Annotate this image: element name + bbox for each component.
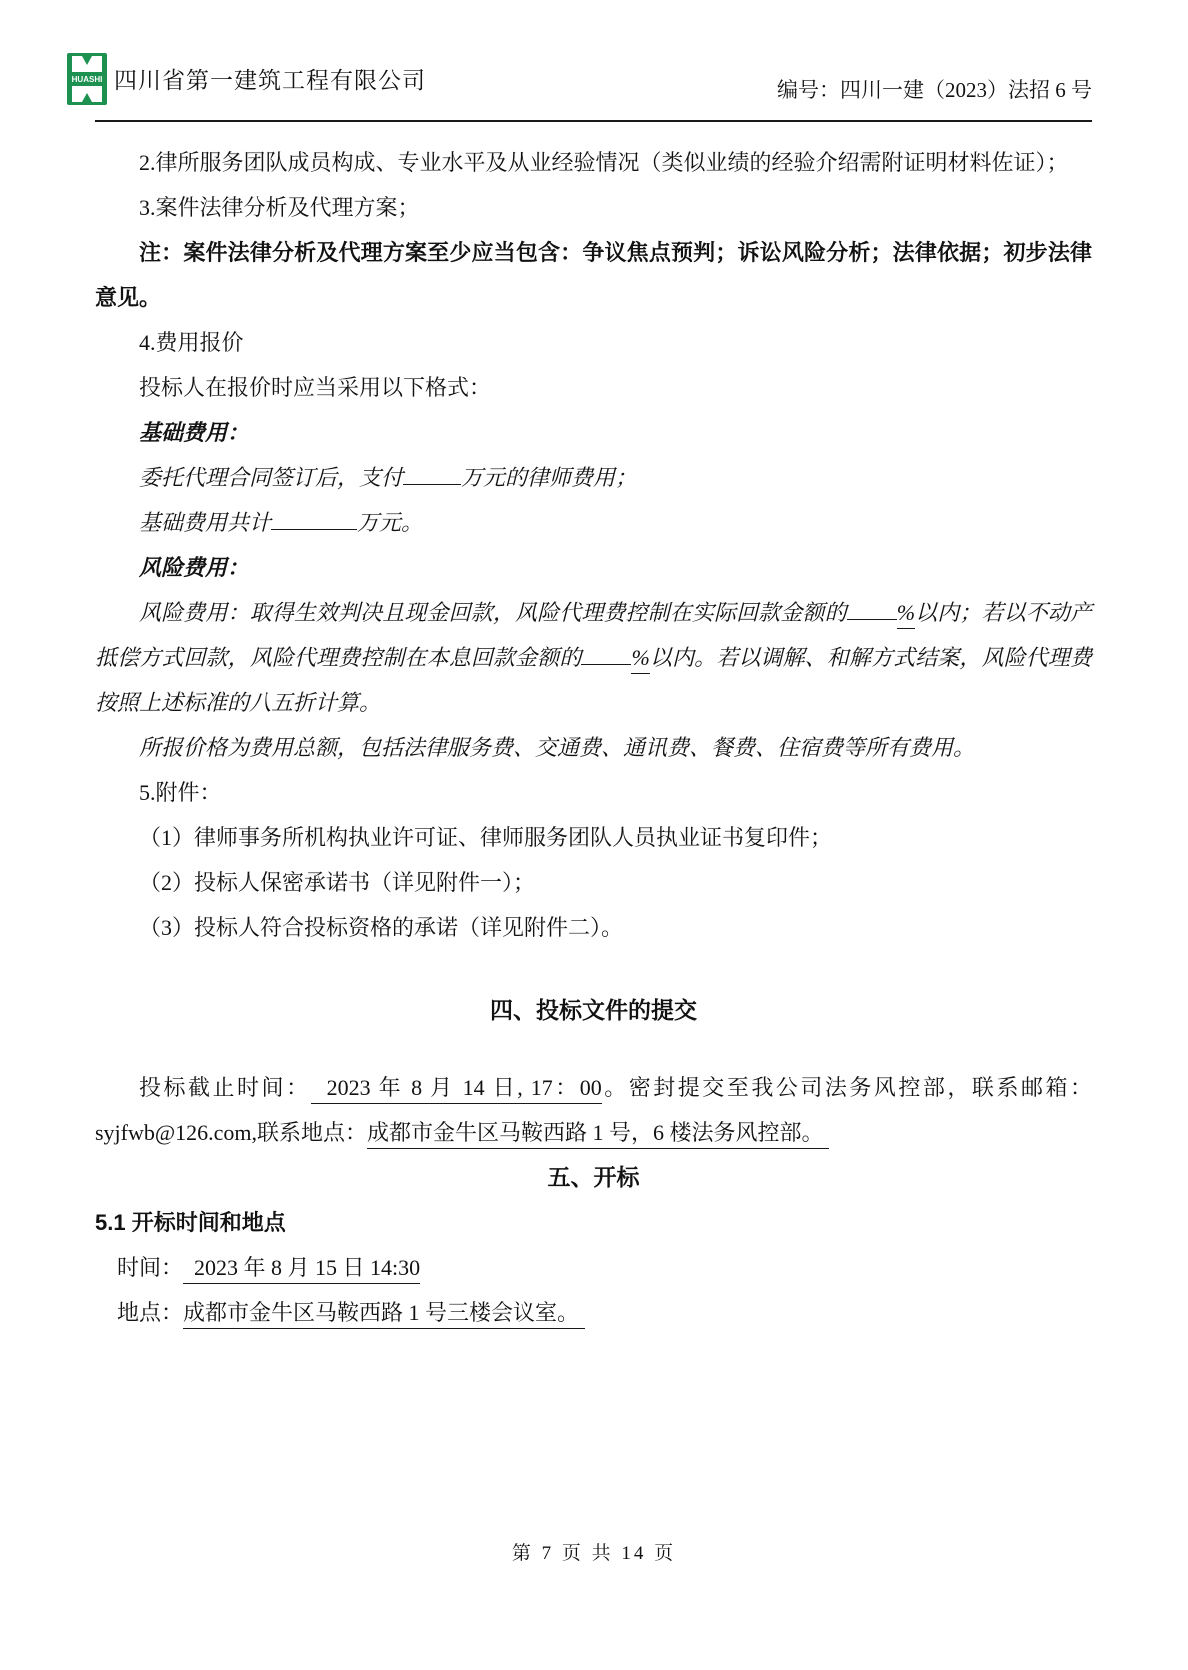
submission-deadline-value: 2023 年 8 月 14 日, 17：00	[311, 1075, 602, 1104]
attachment-2: （2）投标人保密承诺书（详见附件一）；	[95, 860, 1092, 905]
risk-fee-seg1: 风险费用：取得生效判决且现金回款，风险代理费控制在实际回款金额的	[139, 600, 847, 625]
section-5-title: 五、开标	[95, 1155, 1092, 1200]
base-fee-line2-pre: 基础费用共计	[139, 510, 271, 535]
paragraph-note: 注：案件法律分析及代理方案至少应当包含：争议焦点预判；诉讼风险分析；法律依据；初…	[95, 230, 1092, 320]
base-fee-line1: 委托代理合同签订后，支付万元的律师费用；	[95, 455, 1092, 500]
huashi-logo-icon: HUASHI	[66, 52, 108, 106]
submission-deadline-label: 投标截止时间：	[139, 1075, 311, 1100]
paragraph-item2: 2.律所服务团队成员构成、专业水平及从业经验情况（类似业绩的经验介绍需附证明材料…	[95, 140, 1092, 185]
logo-wordmark: HUASHI	[72, 75, 103, 84]
paragraph-item5: 5.附件：	[95, 770, 1092, 815]
document-body: 2.律所服务团队成员构成、专业水平及从业经验情况（类似业绩的经验介绍需附证明材料…	[0, 122, 1188, 1335]
base-fee-line2: 基础费用共计万元。	[95, 500, 1092, 545]
fill-in-blank	[403, 483, 461, 485]
open-bid-place-label: 地点：	[117, 1300, 183, 1325]
price-total-note: 所报价格为费用总额，包括法律服务费、交通费、通讯费、餐费、住宿费等所有费用。	[95, 725, 1092, 770]
page-header: HUASHI 四川省第一建筑工程有限公司 编号：四川一建（2023）法招 6 号	[0, 0, 1188, 122]
company-name: 四川省第一建筑工程有限公司	[114, 62, 426, 97]
submission-paragraph: 投标截止时间： 2023 年 8 月 14 日, 17：00。密封提交至我公司法…	[95, 1065, 1092, 1155]
risk-fee-pct2: %	[631, 645, 649, 674]
attachment-3: （3）投标人符合投标资格的承诺（详见附件二）。	[95, 905, 1092, 950]
base-fee-line2-post: 万元。	[357, 510, 423, 535]
fill-in-blank	[847, 618, 897, 620]
risk-fee-paragraph: 风险费用：取得生效判决且现金回款，风险代理费控制在实际回款金额的%以内；若以不动…	[95, 590, 1092, 725]
open-bid-time-label: 时间：	[117, 1255, 183, 1280]
fill-in-blank	[581, 663, 631, 665]
open-bid-time-line: 时间： 2023 年 8 月 15 日 14:30	[95, 1245, 1092, 1290]
base-fee-label: 基础费用：	[95, 410, 1092, 455]
risk-fee-label: 风险费用：	[95, 545, 1092, 590]
open-bid-place-value: 成都市金牛区马鞍西路 1 号三楼会议室。	[183, 1300, 585, 1329]
attachment-1: （1）律师事务所机构执业许可证、律师服务团队人员执业证书复印件；	[95, 815, 1092, 860]
paragraph-item4: 4.费用报价	[95, 320, 1092, 365]
paragraph-item3: 3.案件法律分析及代理方案；	[95, 185, 1092, 230]
section-4-title: 四、投标文件的提交	[95, 988, 1092, 1033]
base-fee-line1-post: 万元的律师费用；	[461, 465, 637, 490]
fill-in-blank	[271, 528, 357, 530]
open-bid-heading: 5.1 开标时间和地点	[95, 1200, 1092, 1245]
paragraph-quote-format: 投标人在报价时应当采用以下格式：	[95, 365, 1092, 410]
open-bid-place-line: 地点：成都市金牛区马鞍西路 1 号三楼会议室。	[95, 1290, 1092, 1335]
open-bid-time-value: 2023 年 8 月 15 日 14:30	[183, 1255, 420, 1284]
risk-fee-pct1: %	[897, 600, 915, 629]
base-fee-line1-pre: 委托代理合同签订后，支付	[139, 465, 403, 490]
document-number: 编号：四川一建（2023）法招 6 号	[777, 74, 1092, 106]
submission-address-value: 成都市金牛区马鞍西路 1 号，6 楼法务风控部。	[367, 1120, 829, 1149]
page-number: 第 7 页 共 14 页	[0, 1538, 1188, 1565]
